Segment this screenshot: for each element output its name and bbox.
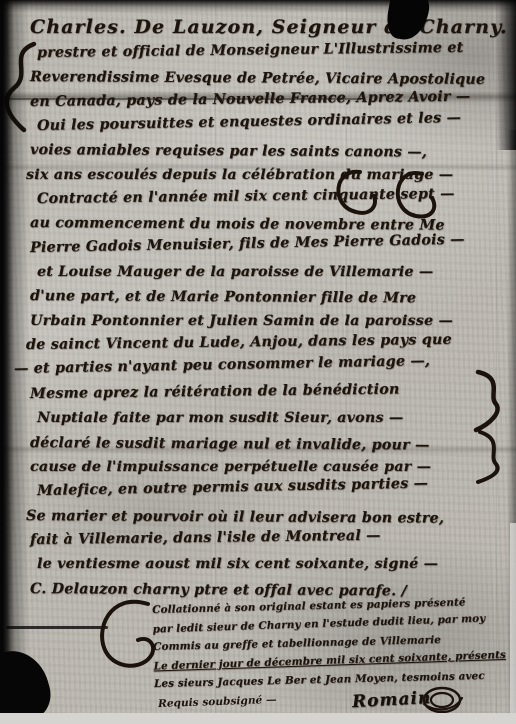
notary-signature: Romain [352,688,432,712]
manuscript-line: Contracté en l'année mil six cent cinqua… [37,181,504,211]
collation-note-block: Collationné à son original estant es pap… [152,592,506,693]
manuscript-line: et Louise Mauger de la paroisse de Ville… [37,260,504,284]
manuscript-line: déclaré le susdit mariage nul et invalid… [30,431,504,458]
manuscript-line: Nuptiale faite par mon susdit Sieur, avo… [37,406,504,430]
scan-edge-top [0,0,516,13]
manuscript-scan-page: Charles. De Lauzon, Seigneur de Charny. … [0,0,516,724]
manuscript-line: voies amiables requises par les saints c… [30,138,504,165]
scan-edge-right [496,0,516,150]
manuscript-line: prestre et official de Monseigneur L'Ill… [37,35,504,65]
manuscript-body-text: Charles. De Lauzon, Seigneur de Charny. … [30,13,504,601]
manuscript-line: Mesme aprez la réitération de la bénédic… [30,376,504,406]
scan-edge-left [0,0,30,713]
scanner-background-strip-bottom [0,713,516,724]
manuscript-line: le ventiesme aoust mil six cent soixante… [37,552,504,576]
manuscript-line: fait à Villemarie, dans l'isle de Montre… [30,522,504,552]
manuscript-line: d'une part, et de Marie Pontonnier fille… [30,284,504,311]
scanner-background-strip-right [510,523,516,713]
